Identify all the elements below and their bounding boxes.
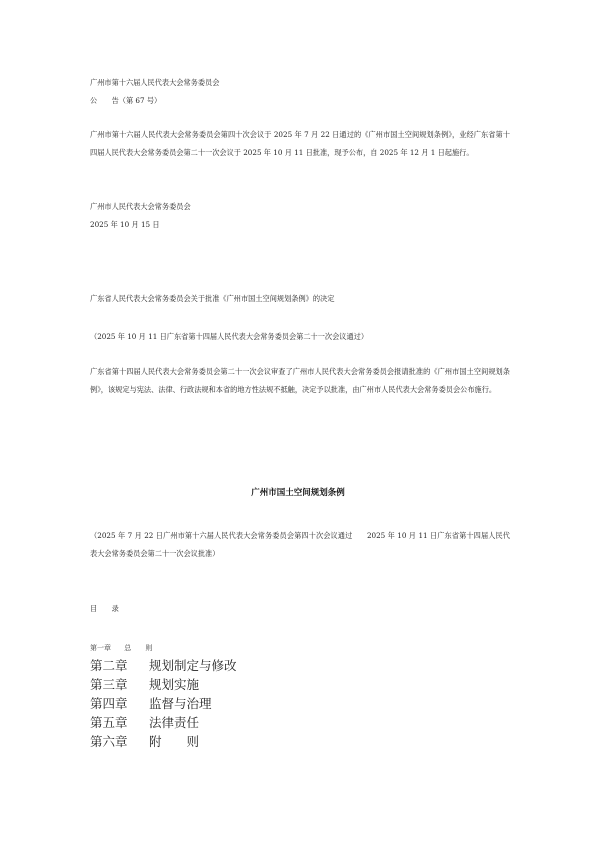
decision-body: 广东省第十四届人民代表大会常务委员会第二十一次会议审查了广州市人民代表大会常务委… (90, 363, 510, 399)
toc-item[interactable]: 第六章 附 则 (90, 733, 199, 751)
toc-item[interactable]: 第四章 监督与治理 (90, 695, 212, 713)
toc-chapter-title: 附 则 (149, 734, 199, 749)
announcement-signature: 广州市人民代表大会常务委员会 (90, 202, 191, 212)
toc-chapter-number: 第五章 (90, 714, 145, 732)
decision-passed-note: （2025 年 10 月 11 日广东省第十四届人民代表大会常务委员会第二十一次… (90, 332, 368, 342)
announcement-date: 2025 年 10 月 15 日 (90, 220, 160, 230)
toc-chapter-number: 第六章 (90, 733, 145, 751)
toc-chapter-title: 规划制定与修改 (149, 658, 237, 673)
announcement-notice-number: 公 告（第 67 号） (90, 96, 161, 106)
toc-chapter-title: 法律责任 (149, 715, 199, 730)
toc-item[interactable]: 第五章 法律责任 (90, 714, 199, 732)
toc-chapter-number: 第四章 (90, 695, 145, 713)
toc-chapter-number: 第二章 (90, 657, 145, 675)
decision-title: 广东省人民代表大会常务委员会关于批准《广州市国土空间规划条例》的决定 (90, 294, 334, 304)
toc-item[interactable]: 第二章 规划制定与修改 (90, 657, 237, 675)
regulation-title: 广州市国土空间规划条例 (0, 486, 596, 498)
regulation-passed-note: （2025 年 7 月 22 日广州市第十六届人民代表大会常务委员会第四十次会议… (90, 527, 510, 563)
toc-chapter-number: 第三章 (90, 676, 145, 694)
announcement-issuer: 广州市第十六届人民代表大会常务委员会 (90, 78, 219, 88)
toc-chapter-title: 总 则 (124, 644, 152, 652)
toc-chapter-title: 规划实施 (149, 677, 199, 692)
toc-chapter-title: 监督与治理 (149, 696, 212, 711)
toc-chapter-number: 第一章 (90, 643, 122, 653)
toc-item[interactable]: 第一章 总 则 (90, 643, 152, 653)
toc-item[interactable]: 第三章 规划实施 (90, 676, 199, 694)
announcement-body: 广州市第十六届人民代表大会常务委员会第四十次会议于 2025 年 7 月 22 … (90, 126, 510, 162)
toc-heading: 目 录 (90, 604, 119, 614)
